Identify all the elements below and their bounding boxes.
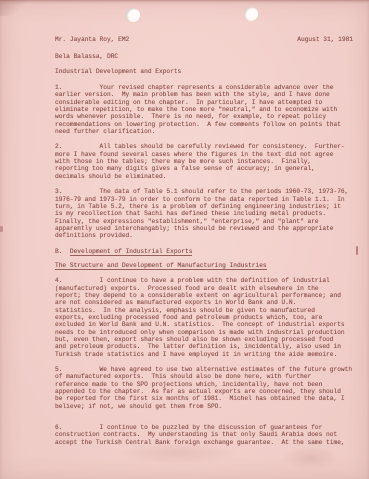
section-label: B. bbox=[55, 248, 62, 255]
paragraph-3: 3. The data of Table 5.1 should refer to… bbox=[55, 188, 357, 239]
memo-header: Mr. Jayanta Roy, EM2 August 31, 1981 bbox=[55, 36, 353, 43]
punch-hole-right bbox=[244, 7, 258, 21]
paragraph-2: 2. All tables should be carefully review… bbox=[55, 143, 357, 180]
paragraph-4: 4. I continue to have a problem with the… bbox=[55, 277, 357, 358]
memo-to: Mr. Jayanta Roy, EM2 bbox=[55, 36, 129, 43]
smudge-bottom-right bbox=[282, 446, 340, 470]
subsection-heading: The Structure and Development of Manufac… bbox=[55, 262, 357, 269]
memo-from: Bela Balassa, DRC bbox=[55, 53, 357, 60]
paragraph-5: 5. We have agreed to use two alternative… bbox=[55, 366, 357, 410]
memo-date: August 31, 1981 bbox=[297, 36, 353, 43]
section-title: Development of Industrial Exports bbox=[70, 248, 193, 257]
subsection-title: The Structure and Development of Manufac… bbox=[55, 262, 267, 271]
corner-shadow bbox=[0, 0, 26, 16]
section-heading-b: B. Development of Industrial Exports bbox=[55, 248, 357, 255]
paragraph-1: 1. Your revised chapter represents a con… bbox=[55, 84, 357, 135]
paragraph-6: 6. I continue to be puzzled by the discu… bbox=[55, 424, 357, 446]
scan-mark-left bbox=[0, 226, 3, 232]
memo-page: Mr. Jayanta Roy, EM2 August 31, 1981 Bel… bbox=[0, 0, 369, 479]
memo-content: Mr. Jayanta Roy, EM2 August 31, 1981 Bel… bbox=[55, 36, 357, 446]
punch-hole-left bbox=[126, 8, 140, 22]
scan-edge bbox=[0, 0, 369, 2]
memo-subject: Industrial Development and Exports bbox=[55, 68, 357, 75]
